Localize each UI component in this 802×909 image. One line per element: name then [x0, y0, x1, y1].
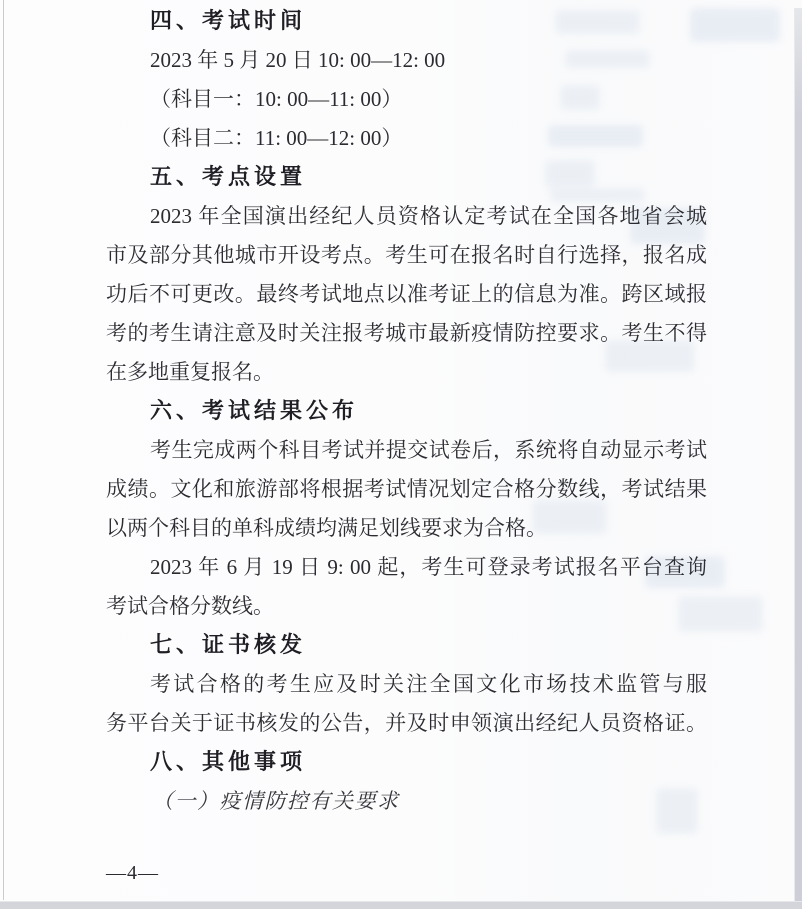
- document-content: 四、考试时间 2023 年 5 月 20 日 10: 00—12: 00 （科目…: [106, 2, 707, 821]
- page-right-edge-strip: [794, 8, 802, 909]
- doc-line: 2023 年 6 月 19 日 9: 00 起，考生可登录考试报名平台查询: [106, 548, 707, 587]
- scanned-document-page: 四、考试时间 2023 年 5 月 20 日 10: 00—12: 00 （科目…: [0, 0, 802, 909]
- section-heading-exam-time: 四、考试时间: [106, 2, 707, 41]
- doc-line: 考试合格的考生应及时关注全国文化市场技术监管与服: [106, 665, 707, 704]
- section-heading-other-matters: 八、其他事项: [106, 743, 707, 782]
- doc-line: 考试合格分数线。: [106, 587, 707, 626]
- scan-bottom-edge-strip: [0, 902, 802, 909]
- doc-line: 功后不可更改。最终考试地点以准考证上的信息为准。跨区域报: [106, 275, 707, 314]
- doc-line: 在多地重复报名。: [106, 353, 707, 392]
- doc-line: 2023 年全国演出经纪人员资格认定考试在全国各地省会城: [106, 197, 707, 236]
- page-number: —4—: [106, 862, 159, 884]
- section-heading-exam-sites: 五、考点设置: [106, 158, 707, 197]
- doc-line: 以两个科目的单科成绩均满足划线要求为合格。: [106, 509, 707, 548]
- section-heading-certificates: 七、证书核发: [106, 626, 707, 665]
- doc-line: （科目一：10: 00—11: 00）: [106, 80, 707, 119]
- page-left-edge-line: [3, 0, 4, 900]
- doc-line: 成绩。文化和旅游部将根据考试情况划定合格分数线，考试结果: [106, 470, 707, 509]
- doc-subsection-line: （一）疫情防控有关要求: [106, 782, 707, 821]
- doc-line: 2023 年 5 月 20 日 10: 00—12: 00: [106, 41, 707, 80]
- doc-line: （科目二：11: 00—12: 00）: [106, 119, 707, 158]
- doc-line: 务平台关于证书核发的公告，并及时申领演出经纪人员资格证。: [106, 704, 707, 743]
- doc-line: 市及部分其他城市开设考点。考生可在报名时自行选择，报名成: [106, 236, 707, 275]
- doc-line: 考的考生请注意及时关注报考城市最新疫情防控要求。考生不得: [106, 314, 707, 353]
- doc-line: 考生完成两个科目考试并提交试卷后，系统将自动显示考试: [106, 431, 707, 470]
- section-heading-exam-results: 六、考试结果公布: [106, 392, 707, 431]
